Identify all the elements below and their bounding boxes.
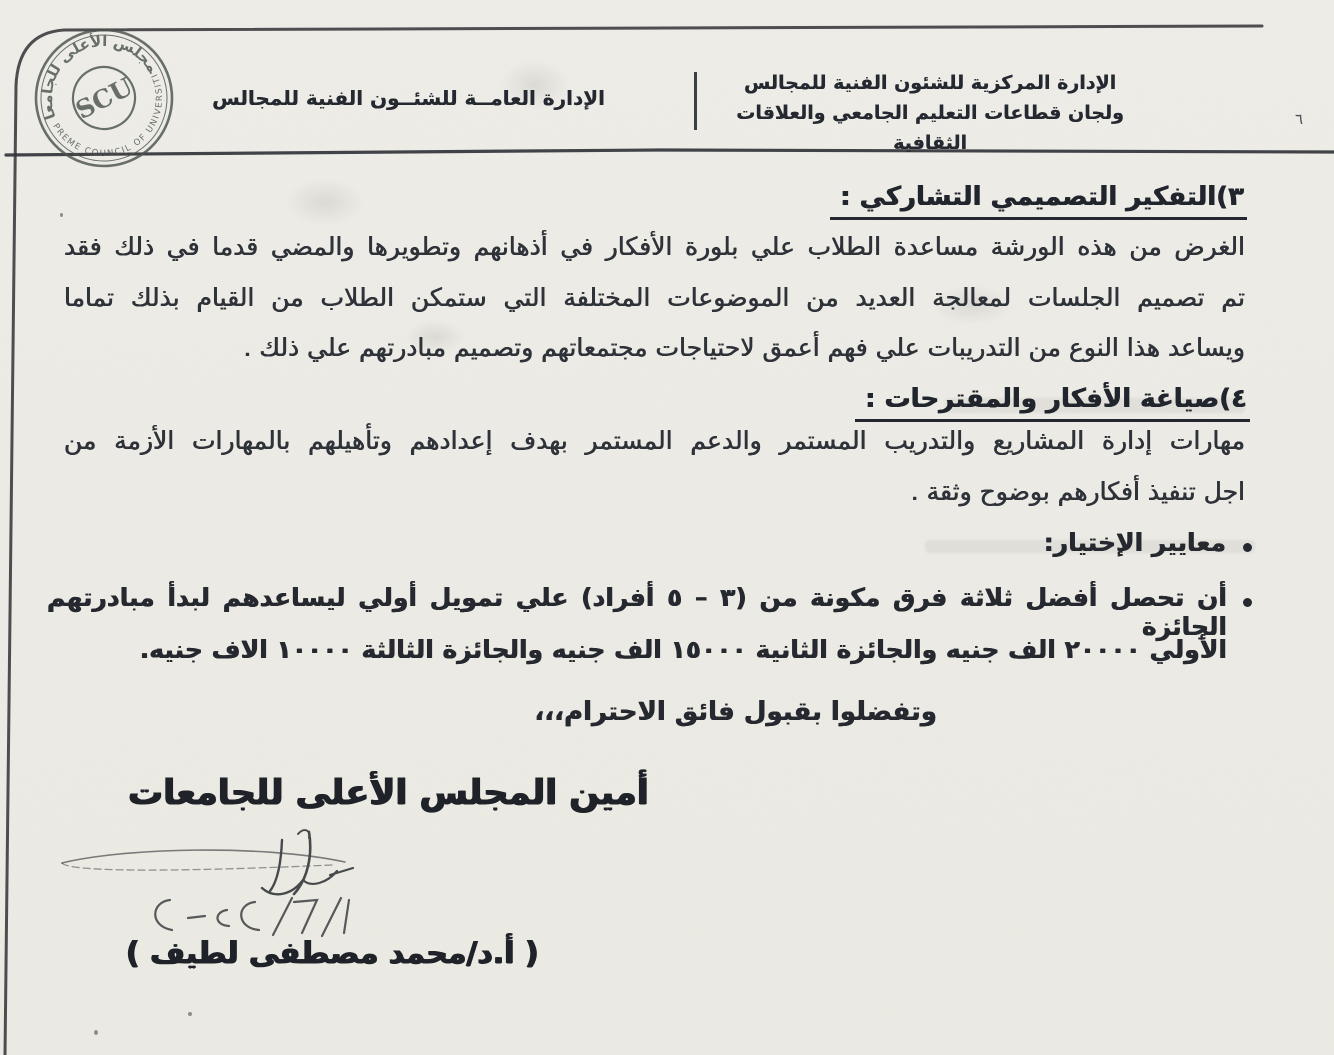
bullet-2-line-2: الأولي ٢٠٠٠٠ الف جنيه والجائزة الثانية ١… (140, 635, 1227, 664)
section-3-heading: ٣)التفكير التصميمي التشاركي : (830, 182, 1247, 220)
section-3-line-2: تم تصميم الجلسات لمعالجة العديد من الموض… (64, 283, 1245, 312)
scan-speck (60, 213, 63, 217)
section-4-line-1: مهارات إدارة المشاريع والتدريب المستمر و… (64, 426, 1245, 455)
scan-speck (94, 1030, 98, 1035)
supreme-council-stamp-seal: المجلس الأعلى للجامعات SUPREME COUNCIL O… (20, 14, 196, 190)
signatory-title: أمين المجلس الأعلى للجامعات (128, 773, 649, 813)
section-4-line-2: اجل تنفيذ أفكارهم بوضوح وثقة . (911, 477, 1245, 506)
dept-general-title: الإدارة العامــة للشئــون الفنية للمجالس (212, 86, 605, 110)
central-admin-title-block: الإدارة المركزية للشئون الفنية للمجالس و… (700, 68, 1160, 158)
central-admin-line2: ولجان قطاعات التعليم الجامعي والعلاقات ا… (700, 98, 1160, 158)
header-separator-bar (694, 72, 697, 130)
handwritten-signature (30, 818, 370, 950)
section-3-line-1: الغرض من هذه الورشة مساعدة الطلاب علي بل… (64, 232, 1245, 261)
bullet-dot (1243, 543, 1252, 552)
scanned-letter-page: { "colors": { "paper": "#efede8", "ink":… (0, 0, 1334, 1055)
section-4-heading: ٤)صياغة الأفكار والمقترحات : (855, 384, 1250, 422)
central-admin-line1: الإدارة المركزية للشئون الفنية للمجالس (700, 68, 1160, 98)
page-mark: ٦ (1295, 110, 1303, 128)
section-3-line-3: ويساعد هذا النوع من التدريبات علي فهم أع… (244, 333, 1246, 362)
bullet-dot (1243, 598, 1252, 607)
scan-speck (188, 1012, 192, 1016)
bullet-1-text: معايير الإختيار: (1044, 528, 1226, 557)
closing-salutation: وتفضلوا بقبول فائق الاحترام،،، (534, 697, 937, 727)
bullet-2-line-1: أن تحصل أفضل ثلاثة فرق مكونة من (٣ – ٥ أ… (47, 583, 1227, 641)
signatory-name: ( أ.د/محمد مصطفى لطيف ) (126, 936, 539, 971)
